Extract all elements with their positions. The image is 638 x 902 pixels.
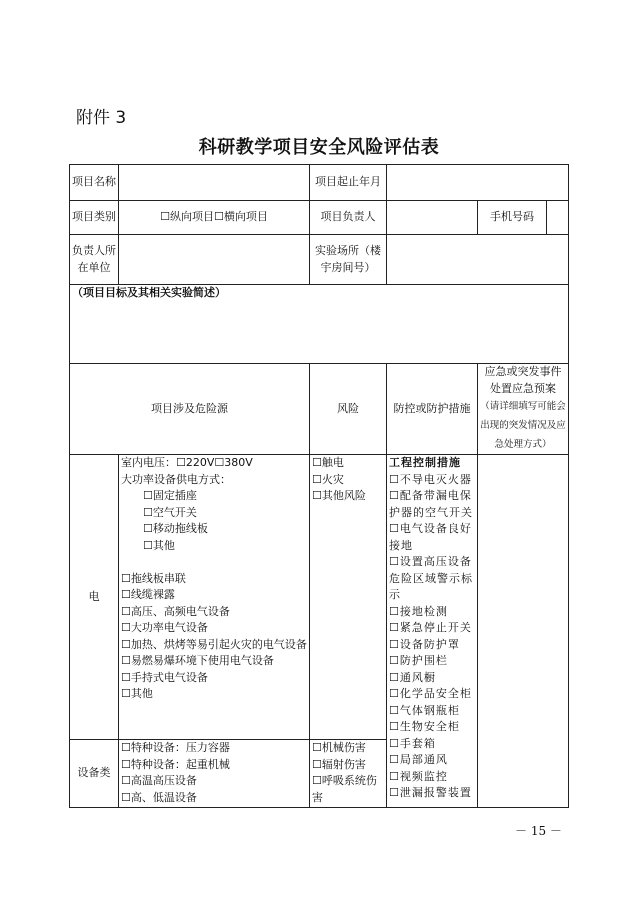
control-item[interactable]: ☐泄漏报警装置 [389, 785, 475, 802]
control-item[interactable]: ☐视频监控 [389, 769, 475, 786]
hazard-item[interactable]: ☐移动拖线板 [121, 521, 307, 538]
equipment-hazards: ☐特种设备：压力容器 ☐特种设备：起重机械 ☐高温高压设备 ☐高、低温设备 [119, 740, 310, 808]
project-period-label: 项目起止年月 [310, 165, 387, 201]
control-item[interactable]: ☐生物安全柜 [389, 719, 475, 736]
electrical-risks: ☐触电 ☐火灾 ☐其他风险 [310, 455, 387, 740]
control-item[interactable]: ☐配备带漏电保护器的空气开关 [389, 488, 475, 521]
equipment-risks: ☐机械伤害 ☐辐射伤害 ☐呼吸系统伤害 [310, 740, 387, 808]
lab-location-field[interactable] [387, 235, 569, 285]
phone-field[interactable] [547, 201, 569, 235]
risk-item[interactable]: ☐机械伤害 [312, 740, 384, 757]
header-emergency-line1: 应急或突发事件 [480, 364, 566, 381]
hazard-item[interactable]: ☐特种设备：起重机械 [121, 757, 307, 774]
hazard-item[interactable]: ☐特种设备：压力容器 [121, 740, 307, 757]
hazard-item[interactable]: ☐高温高压设备 [121, 773, 307, 790]
control-item[interactable]: ☐气体钢瓶柜 [389, 703, 475, 720]
document-title: 科研教学项目安全风险评估表 [0, 133, 638, 159]
phone-label: 手机号码 [478, 201, 547, 235]
hazard-item: 大功率设备供电方式： [121, 472, 307, 489]
control-item[interactable]: ☐设置高压设备危险区域警示标示 [389, 554, 475, 604]
hazard-item[interactable]: ☐高压、高频电气设备 [121, 604, 307, 621]
leader-unit-field[interactable] [119, 235, 310, 285]
control-item[interactable]: ☐设备防护罩 [389, 637, 475, 654]
hazard-item[interactable]: ☐大功率电气设备 [121, 620, 307, 637]
control-item[interactable]: ☐不导电灭火器 [389, 472, 475, 489]
project-leader-field[interactable] [387, 201, 478, 235]
controls-title: 工程控制措施 [389, 455, 475, 472]
hazard-item[interactable]: ☐加热、烘烤等易引起火灾的电气设备 [121, 637, 307, 654]
hazard-item[interactable]: ☐高、低温设备 [121, 790, 307, 807]
risk-item[interactable]: ☐触电 [312, 455, 384, 472]
description-label: （项目目标及其相关实验简述） [72, 286, 226, 299]
header-risk: 风险 [310, 364, 387, 455]
control-item[interactable]: ☐接地检测 [389, 604, 475, 621]
spacer [121, 554, 307, 571]
hazard-item[interactable]: ☐空气开关 [121, 505, 307, 522]
risk-item[interactable]: ☐火灾 [312, 472, 384, 489]
description-field[interactable]: （项目目标及其相关实验简述） [70, 285, 569, 364]
control-item[interactable]: ☐防护围栏 [389, 653, 475, 670]
control-item[interactable]: ☐手套箱 [389, 736, 475, 753]
header-control: 防控或防护措施 [387, 364, 478, 455]
risk-item[interactable]: ☐其他风险 [312, 488, 384, 505]
header-emergency-note: （请详细填写可能会出现的突发情况及应急处理方式） [480, 397, 566, 454]
hazard-item[interactable]: ☐易燃易爆环境下使用电气设备 [121, 653, 307, 670]
control-item[interactable]: ☐化学品安全柜 [389, 686, 475, 703]
category-equipment: 设备类 [70, 740, 119, 808]
attachment-label: 附件 3 [76, 103, 126, 128]
control-item[interactable]: ☐紧急停止开关 [389, 620, 475, 637]
risk-assessment-table: 项目名称 项目起止年月 项目类别 ☐纵向项目☐横向项目 项目负责人 手机号码 负… [69, 164, 569, 808]
hazard-item[interactable]: ☐其他 [121, 686, 307, 703]
leader-unit-label: 负责人所在单位 [70, 235, 119, 285]
hazard-item[interactable]: ☐线缆裸露 [121, 587, 307, 604]
control-item[interactable]: ☐通风橱 [389, 670, 475, 687]
page-number: － 15 － [515, 822, 562, 839]
project-type-options[interactable]: ☐纵向项目☐横向项目 [119, 201, 310, 235]
control-item[interactable]: ☐局部通风 [389, 752, 475, 769]
project-name-label: 项目名称 [70, 165, 119, 201]
header-emergency: 应急或突发事件 处置应急预案 （请详细填写可能会出现的突发情况及应急处理方式） [478, 364, 569, 455]
control-measures: 工程控制措施 ☐不导电灭火器 ☐配备带漏电保护器的空气开关 ☐电气设备良好接地 … [387, 455, 478, 808]
risk-item[interactable]: ☐辐射伤害 [312, 757, 384, 774]
hazard-item[interactable]: ☐固定插座 [121, 488, 307, 505]
project-type-label: 项目类别 [70, 201, 119, 235]
header-emergency-line2: 处置应急预案 [480, 381, 566, 398]
lab-location-label: 实验场所（楼宇房间号） [310, 235, 387, 285]
hazard-item[interactable]: ☐手持式电气设备 [121, 670, 307, 687]
category-electrical: 电 [70, 455, 119, 740]
project-leader-label: 项目负责人 [310, 201, 387, 235]
hazard-item[interactable]: ☐其他 [121, 538, 307, 555]
hazard-item[interactable]: 室内电压：☐220V☐380V [121, 455, 307, 472]
emergency-plan-field[interactable] [478, 455, 569, 808]
project-period-field[interactable] [387, 165, 569, 201]
risk-item[interactable]: ☐呼吸系统伤害 [312, 773, 384, 806]
electrical-hazards: 室内电压：☐220V☐380V 大功率设备供电方式： ☐固定插座 ☐空气开关 ☐… [119, 455, 310, 740]
control-item[interactable]: ☐电气设备良好接地 [389, 521, 475, 554]
hazard-item[interactable]: ☐拖线板串联 [121, 571, 307, 588]
header-hazard-source: 项目涉及危险源 [70, 364, 310, 455]
project-name-field[interactable] [119, 165, 310, 201]
